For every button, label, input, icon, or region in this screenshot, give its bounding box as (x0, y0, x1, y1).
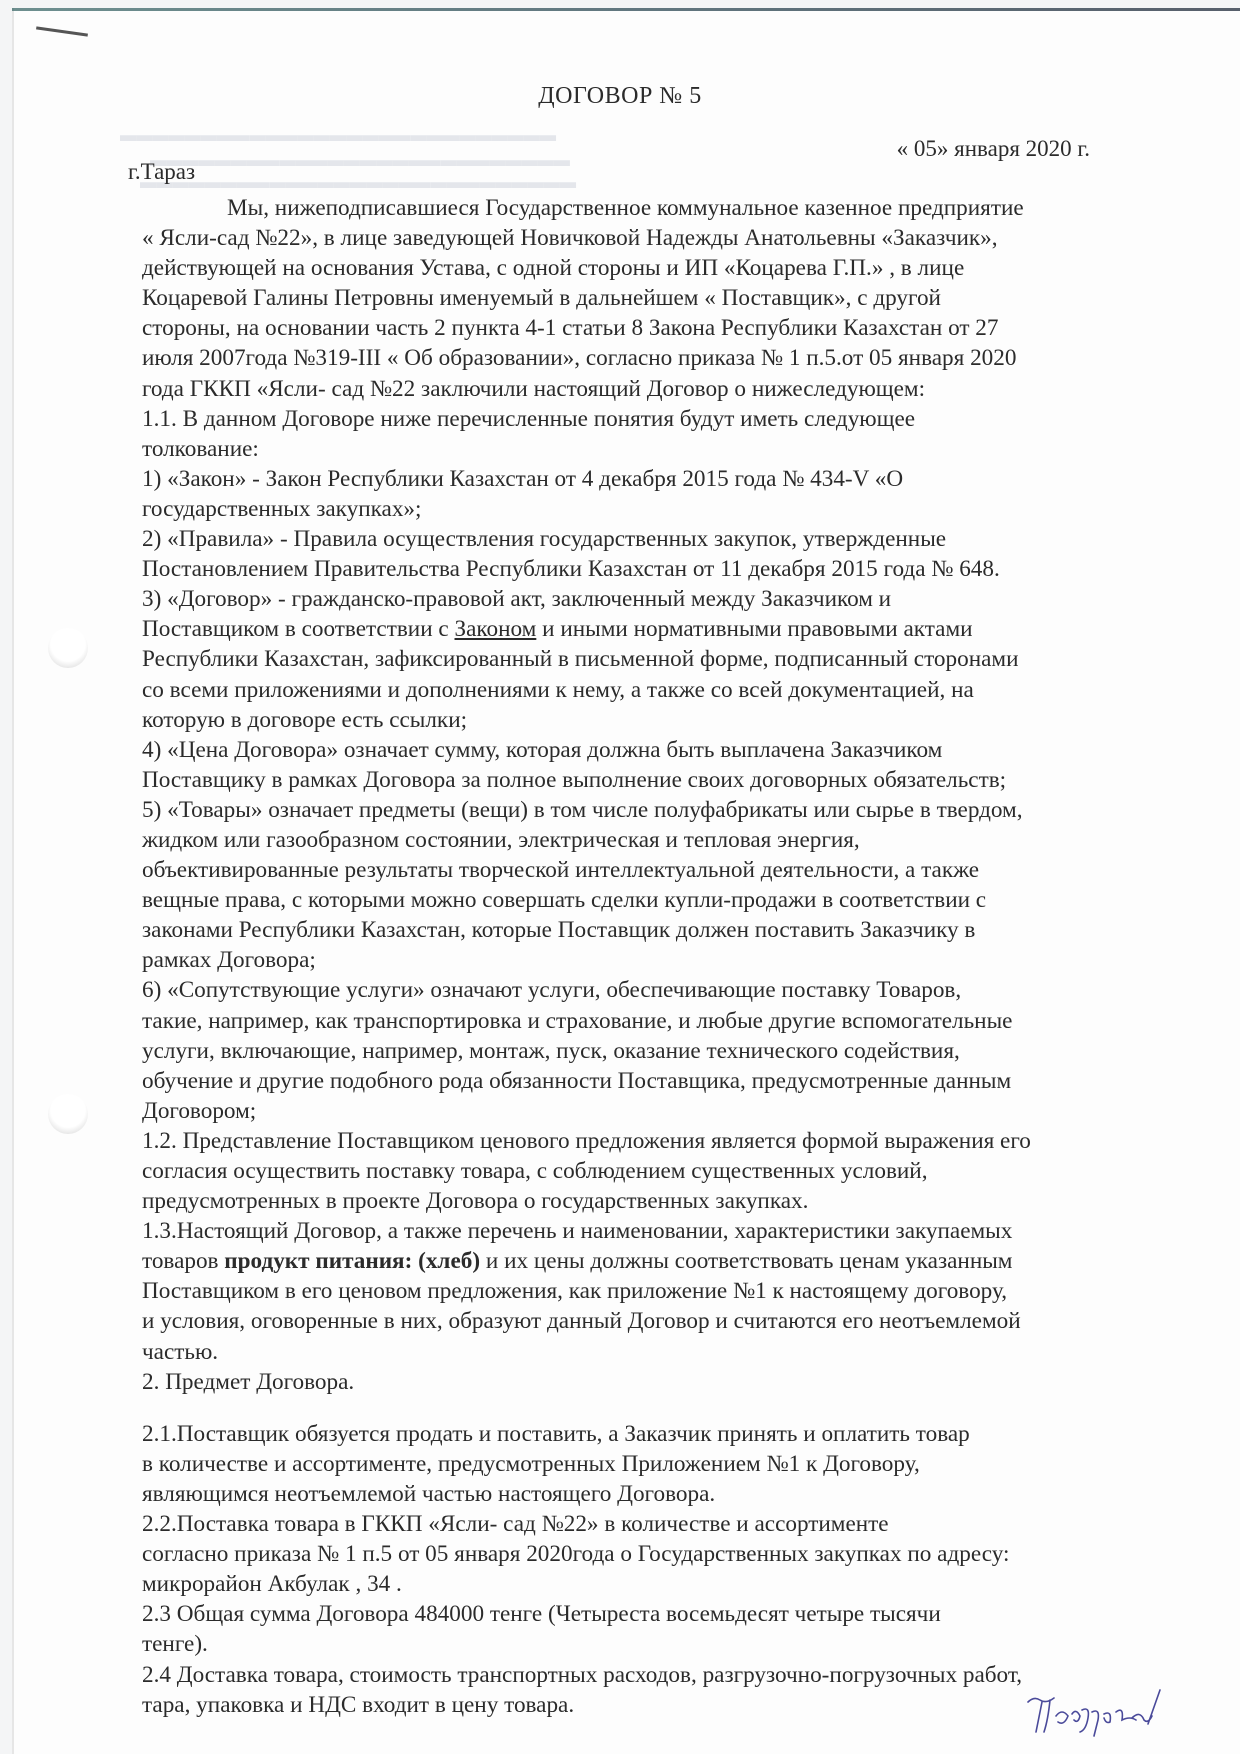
definition-goods: 5) «Товары» означает предметы (вещи) в т… (142, 795, 1117, 825)
clause-1-3: 1.3.Настоящий Договор, а также перечень … (142, 1216, 1117, 1246)
clause-2-3: тенге). (142, 1629, 1117, 1659)
clause-1-3: Поставщиком в его ценовом предложения, к… (142, 1276, 1117, 1306)
definition-services: 6) «Сопутствующие услуги» означают услуг… (142, 975, 1117, 1005)
definition-goods: рамках Договора; (142, 945, 1117, 975)
definition-goods: объективированные результаты творческой … (142, 855, 1117, 885)
definition-law: государственных закупках»; (142, 494, 1117, 524)
clause-2-2: микрорайон Акбулак , 34 . (142, 1569, 1117, 1599)
punch-hole-icon (48, 628, 88, 668)
clause-2-1: являющимся неотъемлемой частью настоящег… (142, 1479, 1117, 1509)
definition-law: 1) «Закон» - Закон Республики Казахстан … (142, 464, 1117, 494)
clause-2-3: 2.3 Общая сумма Договора 484000 тенге (Ч… (142, 1599, 1117, 1629)
definition-goods: законами Республики Казахстан, которые П… (142, 915, 1117, 945)
intro-line: « Ясли-сад №22», в лице заведующей Нович… (142, 223, 1117, 253)
bleed-through-text: ▬▬▬▬▬▬▬▬▬▬▬▬▬▬▬▬▬▬▬▬▬▬▬▬▬▬▬ (120, 125, 556, 147)
document-title: ДОГОВОР № 5 (0, 83, 1240, 110)
definition-rules: Постановлением Правительства Республики … (142, 554, 1117, 584)
signature-icon (1020, 1680, 1190, 1740)
intro-line: года ГККП «Ясли- сад №22 заключили насто… (142, 374, 1117, 404)
definition-price: Поставщику в рамках Договора за полное в… (142, 765, 1117, 795)
law-link[interactable]: Законом (455, 616, 537, 642)
text-fragment: и иными нормативными правовыми актами (536, 616, 972, 642)
definition-contract: 3) «Договор» - гражданско-правовой акт, … (142, 584, 1117, 614)
text-fragment: товаров (142, 1248, 224, 1274)
definition-contract: Республики Казахстан, зафиксированный в … (142, 644, 1117, 674)
definition-contract: которую в договоре есть ссылки; (142, 705, 1117, 735)
punch-hole-icon (48, 1094, 88, 1134)
section-2-heading: 2. Предмет Договора. (142, 1367, 1117, 1397)
document-date: « 05» января 2020 г. (897, 136, 1090, 162)
clause-2-4: 2.4 Доставка товара, стоимость транспорт… (142, 1660, 1117, 1690)
clause-1-3: частью. (142, 1337, 1117, 1367)
definition-services: Договором; (142, 1096, 1117, 1126)
clause-2-4: тара, упаковка и НДС входит в цену товар… (142, 1690, 1117, 1720)
bleed-through-text: ▬▬▬▬▬▬▬▬▬▬▬▬▬▬▬▬▬▬▬▬▬▬▬▬▬▬ (150, 150, 570, 172)
clause-1-2: 1.2. Представление Поставщиком ценового … (142, 1126, 1117, 1156)
contract-body: Мы, нижеподписавшиеся Государственное ко… (142, 193, 1117, 1720)
text-fragment: Поставщиком в соответствии с (142, 616, 455, 642)
definition-services: обучение и другие подобного рода обязанн… (142, 1066, 1117, 1096)
clause-1-1: толкование: (142, 434, 1117, 464)
clause-1-2: согласия осуществить поставку товара, с … (142, 1156, 1117, 1186)
definition-goods: вещные права, с которыми можно совершать… (142, 885, 1117, 915)
definition-price: 4) «Цена Договора» означает сумму, котор… (142, 735, 1117, 765)
clause-2-2: 2.2.Поставка товара в ГККП «Ясли- сад №2… (142, 1509, 1117, 1539)
spacer (142, 1397, 1117, 1419)
clause-2-1: 2.1.Поставщик обязуется продать и постав… (142, 1419, 1117, 1449)
clause-2-1: в количестве и ассортименте, предусмотре… (142, 1449, 1117, 1479)
intro-line: июля 2007года №319-III « Об образовании»… (142, 343, 1117, 373)
bleed-through-text: ▬▬▬▬▬▬▬▬▬▬▬▬▬▬▬▬▬▬▬▬▬▬▬▬▬▬▬ (140, 172, 576, 194)
intro-line: Коцаревой Галины Петровны именуемый в да… (142, 283, 1117, 313)
definition-services: услуги, включающие, например, монтаж, пу… (142, 1036, 1117, 1066)
clause-1-3: товаров продукт питания: (хлеб) и их цен… (142, 1246, 1117, 1276)
clause-2-2: согласно приказа № 1 п.5 от 05 января 20… (142, 1539, 1117, 1569)
intro-line: стороны, на основании часть 2 пункта 4-1… (142, 313, 1117, 343)
definition-rules: 2) «Правила» - Правила осуществления гос… (142, 524, 1117, 554)
intro-line: Мы, нижеподписавшиеся Государственное ко… (142, 193, 1117, 223)
clause-1-3: и условия, оговоренные в них, образуют д… (142, 1306, 1117, 1336)
definition-goods: жидком или газообразном состоянии, элект… (142, 825, 1117, 855)
definition-services: такие, например, как транспортировка и с… (142, 1006, 1117, 1036)
intro-line: действующей на основания Устава, с одной… (142, 253, 1117, 283)
product-name: продукт питания: (хлеб) (224, 1248, 480, 1274)
document-city: г.Тараз (128, 159, 195, 185)
definition-contract: со всеми приложениями и дополнениями к н… (142, 675, 1117, 705)
text-fragment: и их цены должны соответствовать ценам у… (480, 1248, 1012, 1274)
clause-1-2: предусмотренных в проекте Договора о гос… (142, 1186, 1117, 1216)
definition-contract: Поставщиком в соответствии с Законом и и… (142, 614, 1117, 644)
scan-top-edge (12, 8, 1240, 11)
clause-1-1: 1.1. В данном Договоре ниже перечисленны… (142, 404, 1117, 434)
